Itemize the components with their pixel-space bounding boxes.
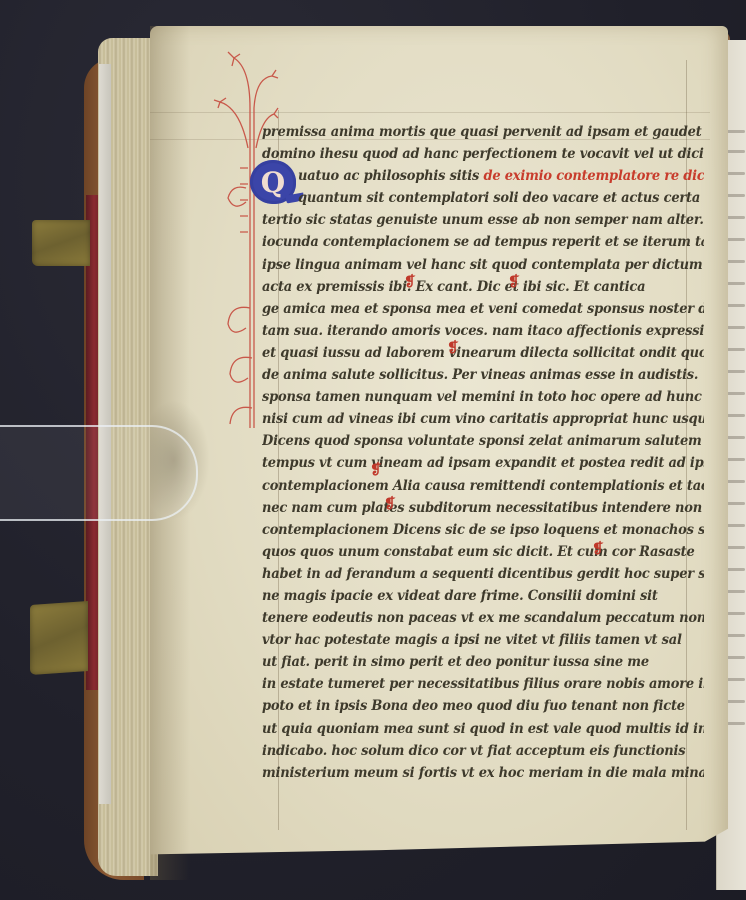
paragraph-mark: ❡ xyxy=(404,274,416,290)
text-line-20: quos quos unum constabat eum sic dicit. … xyxy=(262,541,704,564)
text-line-18: nec nam cum plates subditorum necessitat… xyxy=(262,497,704,520)
text-line-3: uatuo ac philosophis sitis de eximio con… xyxy=(262,166,704,189)
text-line-12: de anima salute sollicitus. Per vineas a… xyxy=(262,364,704,387)
text-line-8: acta ex premissis ibi. Ex cant. Dic et i… xyxy=(262,276,704,299)
text-line-29: indicabo. hoc solum dico cor vt fiat acc… xyxy=(262,740,704,763)
text-line-2: domino ihesu quod ad hanc perfectionem t… xyxy=(262,144,704,167)
text-line-4: quantum sit contemplatori soli deo vacar… xyxy=(262,188,704,211)
text-line-7: ipse lingua animam vel hanc sit quod con… xyxy=(262,254,704,277)
text-line-11: et quasi iussu ad laborem vinearum dilec… xyxy=(262,342,704,365)
text-line-30: ministerium meum si fortis vt ex hoc mer… xyxy=(262,762,704,785)
text-line-6: iocunda contemplacionem se ad tempus rep… xyxy=(262,232,704,255)
acrylic-page-holder xyxy=(0,425,198,521)
paragraph-mark: ❡ xyxy=(592,541,604,557)
paragraph-mark: ❡ xyxy=(508,274,520,290)
text-line-22: ne magis ipacie ex videat dare frime. Co… xyxy=(262,585,704,608)
text-line-9: ge amica mea et sponsa mea et veni comed… xyxy=(262,298,704,321)
text-line-17: contemplacionem Alia causa remittendi co… xyxy=(262,475,704,498)
text-line-15: Dicens quod sponsa voluntate sponsi zela… xyxy=(262,431,704,454)
text-line-19: contemplacionem Dicens sic de se ipso lo… xyxy=(262,519,704,542)
text-line-25: ut fiat. perit in simo perit et deo poni… xyxy=(262,652,704,675)
paragraph-mark: ❡ xyxy=(447,340,459,356)
text-line-10: tam sua. iterando amoris voces. nam itac… xyxy=(262,320,704,343)
text-line-14: nisi cum ad vineas ibi cum vino caritati… xyxy=(262,409,704,432)
text-line-16: tempus vt cum vineam ad ipsam expandit e… xyxy=(262,453,704,476)
text-line-26: in estate tumeret per necessitatibus fil… xyxy=(262,674,704,697)
fabric-tab-bottom xyxy=(30,601,88,675)
text-line-28: ut quia quoniam mea sunt si quod in est … xyxy=(262,718,704,741)
text-line-23: tenere eodeutis non paceas vt ex me scan… xyxy=(262,608,704,631)
paragraph-mark: ❡ xyxy=(384,496,396,512)
manuscript-text-block: premissa anima mortis que quasi pervenit… xyxy=(262,122,704,785)
text-line-13: sponsa tamen nunquam vel memini in toto … xyxy=(262,387,704,410)
fabric-tab-top xyxy=(32,220,90,266)
text-line-24: vtor hac potestate magis a ipsi ne vitet… xyxy=(262,630,704,653)
text-line-5: tertio sic statas genuiste unum esse ab … xyxy=(262,210,704,233)
text-line-1: premissa anima mortis que quasi pervenit… xyxy=(262,121,704,144)
rubric: de eximio contemplatore re dicit. Et iac… xyxy=(483,169,704,185)
text-line-21: habet in ad ferandum a sequenti dicentib… xyxy=(262,563,704,586)
paragraph-mark: ❡ xyxy=(370,462,382,478)
text-line-27: poto et in ipsis Bona deo meo quod diu f… xyxy=(262,696,704,719)
